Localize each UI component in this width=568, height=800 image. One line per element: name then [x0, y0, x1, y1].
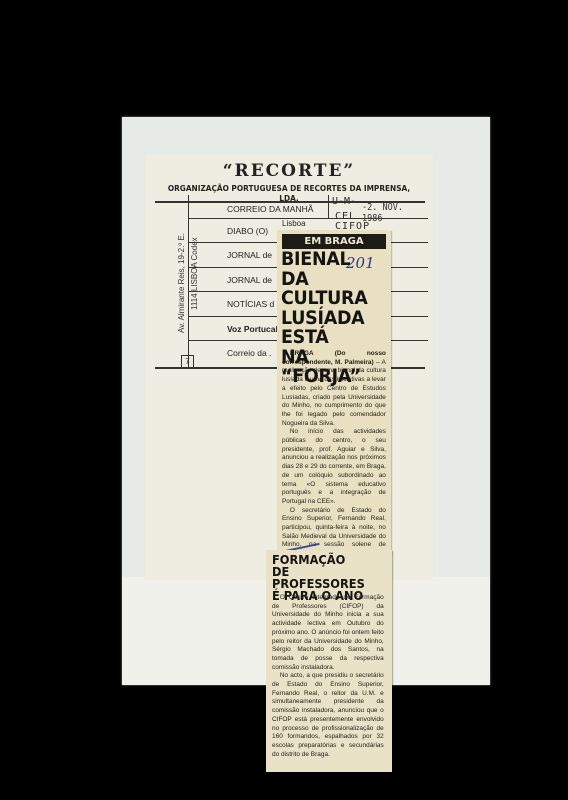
publication-jornal-2: JORNAL de: [227, 275, 272, 285]
publication-jornal-1: JORNAL de: [227, 250, 272, 260]
publication-voz-portucalense: Voz Portucal: [227, 324, 278, 334]
newspaper-clipping-bienal: EM BRAGA BIENAL DA CULTURA LUSÍADA ESTÁ …: [277, 230, 391, 555]
paragraph: O Centro Integrado de Formação de Profes…: [272, 594, 384, 672]
date-stamp: -2. NOV. 1986: [362, 202, 422, 224]
paragraph: – A realização de uma bienal da cultura …: [282, 359, 386, 427]
handwritten-number: 201: [346, 254, 375, 272]
publication-diabo: DIABO (O): [227, 226, 268, 236]
publication-city: Lisboa: [282, 219, 306, 228]
publication-correio-da-manha: CORREIO DA MANHÃ: [227, 204, 313, 214]
article-lead: BRAGA (Do nosso correspondente, M. Palme…: [282, 350, 386, 366]
handwritten-tag-um: U-M-: [332, 196, 356, 207]
paragraph: No início das actividades públicas do ce…: [282, 428, 386, 506]
divider: [328, 195, 329, 219]
publication-correio-da: Correio da .: [227, 348, 271, 358]
publication-noticias: NOTÍCIAS d: [227, 299, 274, 309]
paragraph: No acto, a que presidiu o secretário de …: [272, 672, 384, 759]
divider: [188, 195, 189, 367]
newspaper-clipping-formacao: FORMAÇÃO DE PROFESSORES É PARA O ANO O C…: [266, 550, 392, 772]
page-number-box: 7: [181, 355, 194, 368]
article-body: BRAGA (Do nosso correspondente, M. Palme…: [282, 350, 386, 559]
agency-name: “RECORTE”: [145, 161, 433, 181]
section-kicker: EM BRAGA: [282, 234, 386, 249]
address-line-2: 1114 LISBOA Codex: [190, 237, 199, 310]
agency-subtitle: ORGANIZAÇÃO PORTUGUESA DE RECORTES DA IM…: [159, 183, 418, 203]
address-line-1: Av. Almirante Reis, 19-2.º E.: [177, 233, 186, 333]
article-body: O Centro Integrado de Formação de Profes…: [272, 594, 384, 759]
